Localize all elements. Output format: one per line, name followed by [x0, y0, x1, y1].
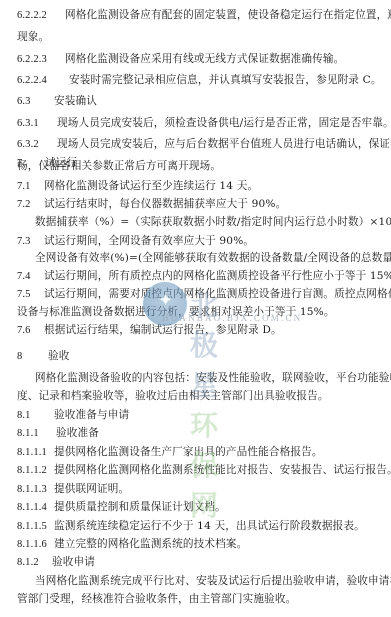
section-heading: 7试运行 [17, 156, 77, 171]
clause-line: 6.3.1现场人员完成安装后，须检查设备供电/运行是否正常，固定是否牢靠。 [17, 116, 391, 131]
clause-text: 设备与标准监测设备数据进行分析，要求相对误差小于等于 15%。 [17, 306, 335, 318]
clause-number: 8.1.2 [17, 556, 52, 570]
clause-text: 验收准备 [56, 427, 99, 439]
clause-line: 8.1.1.2提供网格化监测网格化监测系统性能比对报告、安装报告、试运行报告。 [17, 463, 391, 478]
clause-text: 安装时需完整记录相应信息，并认真填写安装报告，参见附录 C。 [69, 74, 382, 86]
clause-line: 7.4试运行期间，所有质控点内的网格化监测质控设备平行性应小于等于 15%。 [17, 269, 391, 284]
paragraph-line: 设备与标准监测设备数据进行分析，要求相对误差小于等于 15%。 [17, 305, 335, 319]
clause-line: 8.1.1.5监测系统连续稳定运行不少于 14 天，出具试运行阶段数据报表。 [17, 519, 365, 534]
clause-text: 提供网格化监测网格化监测系统性能比对报告、安装报告、试运行报告。 [54, 464, 391, 476]
clause-number: 6.3.1 [17, 117, 57, 131]
clause-text: 提供网格化监测设备生产厂家出具的产品性能合格报告。 [54, 446, 323, 458]
clause-number: 8.1.1.1 [17, 446, 54, 460]
clause-line: 6.3安装确认 [17, 94, 97, 109]
clause-line: 6.2.2.3网格化监测设备应采用有线或无线方式保证数据准确传输。 [17, 52, 344, 67]
clause-text: 试运行结束时，每台仪器数据捕获率应大于 90%。 [44, 198, 286, 210]
clause-number: 7.5 [17, 288, 44, 302]
clause-text: 网格化监测设备验收的内容包括：安装及性能验收，联网验收，平台功能验收及相关制 [35, 372, 391, 384]
clause-number: 7.2 [17, 198, 44, 212]
clause-number: 8.1.1 [17, 427, 56, 441]
clause-line: 8.1.1.6建立完整的网格化监测系统的技术档案。 [17, 537, 247, 552]
clause-number: 8 [17, 350, 48, 364]
clause-line: 8.1.1.4提供质量控制和质量保证计划文档。 [17, 500, 226, 515]
clause-number: 7.1 [17, 180, 44, 194]
document-page: 6.2.2.2网格化监测设备应有配套的固定装置，使设备稳定运行在指定位置，避免出… [0, 0, 391, 617]
clause-number: 8.1 [17, 409, 54, 423]
clause-text: 试运行期间，所有质控点内的网格化监测质控设备平行性应小于等于 15%。 [44, 270, 391, 282]
clause-number: 8.1.1.3 [17, 483, 54, 497]
section-heading: 8验收 [17, 349, 70, 364]
clause-text: 验收准备与申请 [54, 409, 129, 421]
clause-number: 8.1.1.4 [17, 501, 54, 515]
clause-number: 7.4 [17, 270, 44, 284]
clause-text: 现场人员完成安装后，应与后台数据平台值班人员进行电话确认，保证数据传输顺 [57, 138, 391, 150]
clause-text: 试运行 [45, 157, 77, 169]
clause-text: 网格化监测设备试运行至少连续运行 14 天。 [44, 180, 258, 192]
paragraph-line: 度、记录和档案验收等，验收过后由相关主管部门出具验收报告。 [17, 389, 329, 403]
clause-line: 8.1.1.3提供联网证明。 [17, 482, 129, 497]
paragraph-line: 全网设备有效率(%)=(全网能够获取有效数据的设备数量/全网设备的总数量)×10… [35, 251, 391, 265]
clause-number: 8.1.1.2 [17, 464, 54, 478]
clause-line: 8.1.1验收准备 [17, 426, 99, 441]
clause-line: 8.1.1.1提供网格化监测设备生产厂家出具的产品性能合格报告。 [17, 445, 323, 460]
paragraph-line: 数据捕获率（%）=（实际获取数据小时数/指定时间内运行总小时数）×100%。 [35, 215, 391, 229]
clause-line: 7.1网格化监测设备试运行至少连续运行 14 天。 [17, 179, 258, 194]
paragraph-line: 网格化监测设备验收的内容包括：安装及性能验收，联网验收，平台功能验收及相关制 [35, 371, 391, 385]
clause-number: 6.2.2.4 [17, 74, 69, 88]
clause-number: 8.1.1.5 [17, 520, 54, 534]
clause-line: 6.2.2.4安装时需完整记录相应信息，并认真填写安装报告，参见附录 C。 [17, 73, 382, 88]
clause-line: 7.6根据试运行结果，编制试运行报告，参见附录 D。 [17, 323, 282, 338]
clause-text: 网格化监测设备应采用有线或无线方式保证数据准确传输。 [65, 53, 344, 65]
clause-text: 验收 [48, 350, 70, 362]
clause-text: 数据捕获率（%）=（实际获取数据小时数/指定时间内运行总小时数）×100%。 [35, 216, 391, 228]
clause-text: 验收申请 [52, 556, 95, 568]
clause-number: 7.3 [17, 235, 44, 249]
clause-text: 试运行期间，需要对质控点内网格化监测质控设备进行盲测。质控点网格化监测质控 [44, 288, 391, 300]
clause-line: 7.2试运行结束时，每台仪器数据捕获率应大于 90%。 [17, 197, 286, 212]
clause-number: 6.3 [17, 95, 54, 109]
clause-text: 现象。 [17, 31, 49, 43]
clause-number: 6.3.2 [17, 138, 57, 152]
clause-text: 提供联网证明。 [54, 483, 129, 495]
clause-line: 6.3.2现场人员完成安装后，应与后台数据平台值班人员进行电话确认，保证数据传输… [17, 137, 391, 152]
paragraph-line: 现象。 [17, 30, 49, 44]
clause-line: 8.1验收准备与申请 [17, 408, 129, 423]
clause-number: 8.1.1.6 [17, 538, 54, 552]
paragraph-line: 管部门受理，经核准符合验收条件，由主管部门实施验收。 [17, 592, 296, 606]
clause-text: 安装确认 [54, 95, 97, 107]
paragraph-line: 当网格化监测系统完成平行比对、安装及试运行后提出验收申请，验收申请材料上报主 [35, 574, 391, 588]
clause-text: 提供质量控制和质量保证计划文档。 [54, 501, 226, 513]
clause-text: 监测系统连续稳定运行不少于 14 天，出具试运行阶段数据报表。 [54, 520, 365, 532]
clause-text: 建立完整的网格化监测系统的技术档案。 [54, 538, 247, 550]
clause-text: 试运行期间，全网设备有效率应大于 90%。 [44, 235, 254, 247]
clause-text: 网格化监测设备应有配套的固定装置，使设备稳定运行在指定位置，避免出现晃动 [65, 9, 391, 21]
clause-number: 6.2.2.2 [17, 9, 65, 23]
clause-number: 7.6 [17, 324, 44, 338]
clause-text: 现场人员完成安装后，须检查设备供电/运行是否正常，固定是否牢靠。 [57, 117, 391, 129]
clause-text: 根据试运行结果，编制试运行报告，参见附录 D。 [44, 324, 282, 336]
clause-line: 8.1.2验收申请 [17, 555, 95, 570]
clause-number: 7 [17, 157, 45, 171]
clause-text: 度、记录和档案验收等，验收过后由相关主管部门出具验收报告。 [17, 390, 329, 402]
clause-line: 7.3试运行期间，全网设备有效率应大于 90%。 [17, 234, 254, 249]
clause-number: 6.2.2.3 [17, 53, 65, 67]
clause-line: 7.5试运行期间，需要对质控点内网格化监测质控设备进行盲测。质控点网格化监测质控 [17, 287, 391, 302]
clause-text: 全网设备有效率(%)=(全网能够获取有效数据的设备数量/全网设备的总数量)×10… [35, 252, 391, 264]
clause-text: 管部门受理，经核准符合验收条件，由主管部门实施验收。 [17, 593, 296, 605]
clause-text: 当网格化监测系统完成平行比对、安装及试运行后提出验收申请，验收申请材料上报主 [35, 575, 391, 587]
clause-line: 6.2.2.2网格化监测设备应有配套的固定装置，使设备稳定运行在指定位置，避免出… [17, 8, 391, 23]
